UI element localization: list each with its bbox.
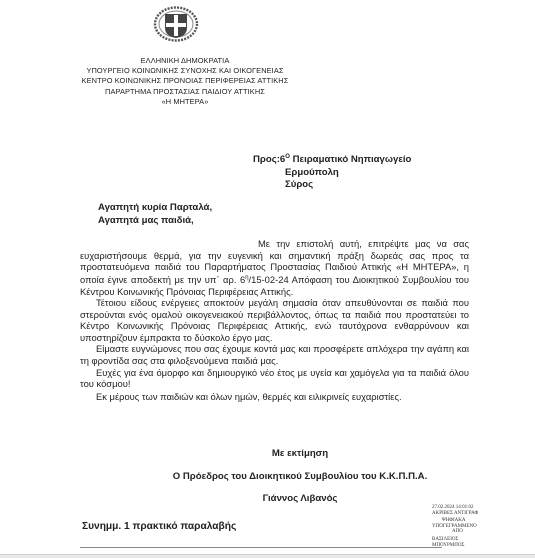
header-line-ministry: ΥΠΟΥΡΓΕΙΟ ΚΟΙΝΩΝΙΚΗΣ ΣΥΝΟΧΗΣ ΚΑΙ ΟΙΚΟΓΕΝ… [60,66,310,76]
attachment-note: Συνημμ. 1 πρακτικό παραλαβής [82,521,236,532]
letter-body: Με την επιστολή αυτή, επιτρέψτε μας να σ… [80,238,469,402]
recipient-city: Ερμούπολη [253,167,411,180]
signatory-title: Ο Πρόεδρος του Διοικητικού Συμβουλίου το… [150,471,450,483]
recipient-island: Σύρος [253,179,411,192]
salutation-line-1: Αγαπητή κυρία Παρταλά, [98,202,212,215]
footer-divider [80,547,442,548]
digital-signature-stamp: 27.02.2024 14:01:02 ΑΚΡΙΒΕΣ ΑΝΤΙΓΡΑΦ ΨΗΦ… [432,505,532,548]
header-line-branch: ΠΑΡΑΡΤΗΜΑ ΠΡΟΣΤΑΣΙΑΣ ΠΑΙΔΙΟΥ ΑΤΤΙΚΗΣ [60,87,310,97]
recipient-prefix: Προς: [253,154,280,165]
header-line-center: ΚΕΝΤΡΟ ΚΟΙΝΩΝΙΚΗΣ ΠΡΟΝΟΙΑΣ ΠΕΡΙΦΕΡΕΙΑΣ Α… [60,76,310,86]
paragraph-final-thanks: Εκ μέρους των παιδιών και όλων ημών, θερ… [80,391,469,403]
signatory-name: Γιάννος Λιβανός [150,493,450,505]
salutation-line-2: Αγαπητά μας παιδιά, [98,215,212,228]
school-name: Πειραματικό Νηπιαγωγείο [290,154,411,165]
paragraph-wishes: Ευχές για ένα όμορφο και δημιουργικό νέο… [80,367,469,390]
closing-regards: Με εκτίμηση [150,448,450,460]
paragraph-gratitude: Είμαστε ευγνώμονες που σας έχουμε κοντά … [80,343,469,366]
salutation: Αγαπητή κυρία Παρταλά, Αγαπητά μας παιδι… [98,202,212,227]
issuer-header: ΕΛΛΗΝΙΚΗ ΔΗΜΟΚΡΑΤΙΑ ΥΠΟΥΡΓΕΙΟ ΚΟΙΝΩΝΙΚΗΣ… [60,56,310,107]
signature-block: Με εκτίμηση Ο Πρόεδρος του Διοικητικού Σ… [150,448,450,505]
letter-page: ΕΛΛΗΝΙΚΗ ΔΗΜΟΚΡΑΤΙΑ ΥΠΟΥΡΓΕΙΟ ΚΟΙΝΩΝΙΚΗΣ… [0,0,535,558]
recipient-school: Προς:6Ο Πειραματικό Νηπιαγωγείο [253,151,411,167]
stamp-line-4: ΑΠΟ [432,529,532,535]
header-line-name: «Η ΜΗΤΕΡΑ» [60,97,310,107]
greek-coat-of-arms-icon [153,6,199,42]
paragraph-significance: Τέτοιου είδους ενέργειες αποκτούν μεγάλη… [80,297,469,343]
stamp-line-6: ΜΠΟΥΡΜΠΟΣ [432,543,532,549]
stamp-line-1: ΑΚΡΙΒΕΣ ΑΝΤΙΓΡΑΦ [432,511,532,517]
page-bottom-edge [0,554,535,558]
header-line-state: ΕΛΛΗΝΙΚΗ ΔΗΜΟΚΡΑΤΙΑ [60,56,310,66]
paragraph-thanks: Με την επιστολή αυτή, επιτρέψτε μας να σ… [80,238,469,297]
recipient-block: Προς:6Ο Πειραματικό Νηπιαγωγείο Ερμούπολ… [253,151,411,192]
